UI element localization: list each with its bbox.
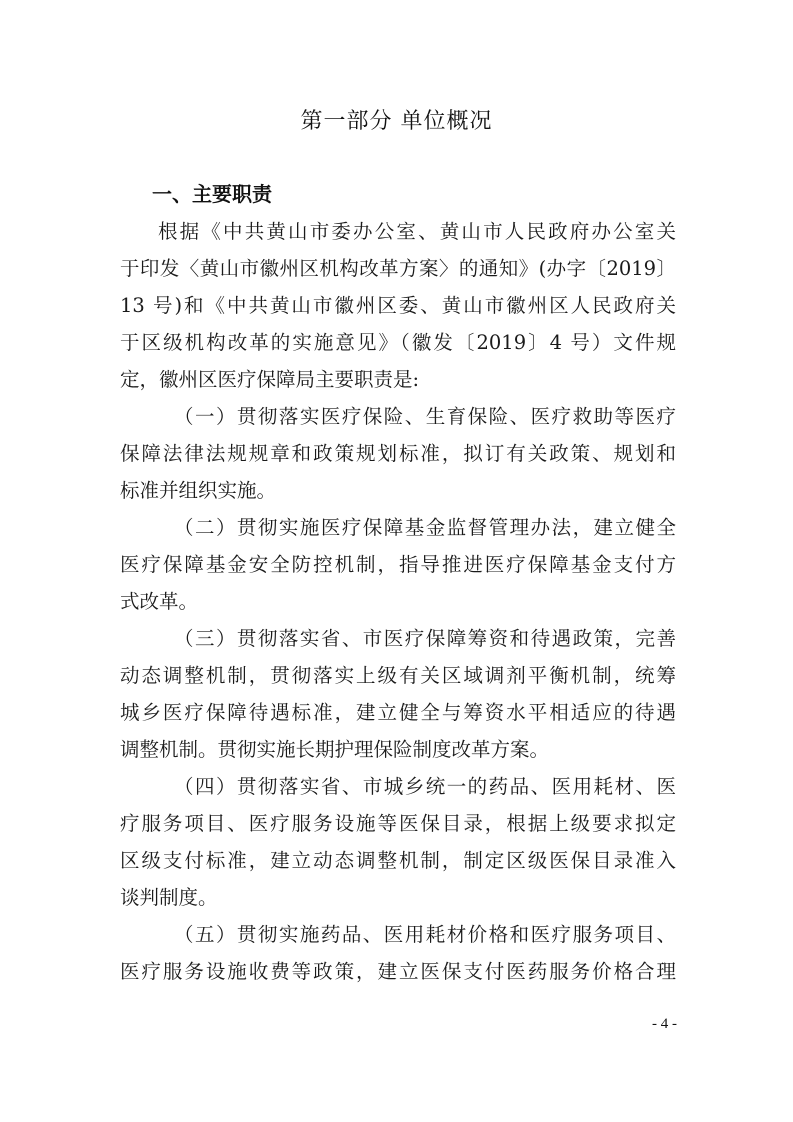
- paragraph-line: 式改革。: [120, 588, 676, 616]
- section-heading: 一、主要职责: [152, 178, 272, 207]
- paragraph-line: 定，徽州区医疗保障局主要职责是:: [120, 366, 676, 394]
- document-page: 第一部分 单位概况 一、主要职责 根据《中共黄山市委办公室、黄山市人民政府办公室…: [0, 0, 793, 1122]
- paragraph-line: 疗服务项目、医疗服务设施等医保目录，根据上级要求拟定: [120, 810, 676, 838]
- paragraph-line: （五）贯彻实施药品、医用耗材价格和医疗服务项目、: [174, 921, 676, 949]
- paragraph-line: 区级支付标准，建立动态调整机制，制定区级医保目录准入: [120, 847, 676, 875]
- page-number: - 4 -: [652, 1016, 677, 1033]
- paragraph-line: 标准并组织实施。: [120, 477, 676, 505]
- paragraph-line: 13 号)和《中共黄山市徽州区委、黄山市徽州区人民政府关: [120, 292, 676, 320]
- paragraph-line: （二）贯彻实施医疗保障基金监督管理办法，建立健全: [174, 514, 676, 542]
- paragraph-line: 医疗保障基金安全防控机制，指导推进医疗保障基金支付方: [120, 551, 676, 579]
- paragraph-line: （三）贯彻落实省、市医疗保障筹资和待遇政策，完善: [174, 625, 676, 653]
- paragraph-line: 动态调整机制，贯彻落实上级有关区域调剂平衡机制，统筹: [120, 662, 676, 690]
- paragraph-line: 医疗服务设施收费等政策，建立医保支付医药服务价格合理: [120, 958, 676, 986]
- paragraph-line: 于区级机构改革的实施意见》（徽发〔2019〕4 号）文件规: [120, 329, 676, 357]
- page-title: 第一部分 单位概况: [0, 104, 793, 135]
- paragraph-line: 城乡医疗保障待遇标准，建立健全与筹资水平相适应的待遇: [120, 699, 676, 727]
- paragraph-line: 于印发〈黄山市徽州区机构改革方案〉的通知》(办字〔2019〕: [120, 255, 676, 283]
- paragraph-line: （四）贯彻落实省、市城乡统一的药品、医用耗材、医: [174, 773, 676, 801]
- paragraph-line: 根据《中共黄山市委办公室、黄山市人民政府办公室关: [158, 218, 676, 246]
- paragraph-line: 保障法律法规规章和政策规划标准，拟订有关政策、规划和: [120, 440, 676, 468]
- paragraph-line: 谈判制度。: [120, 884, 676, 912]
- paragraph-line: （一）贯彻落实医疗保险、生育保险、医疗救助等医疗: [174, 403, 676, 431]
- paragraph-line: 调整机制。贯彻实施长期护理保险制度改革方案。: [120, 736, 676, 764]
